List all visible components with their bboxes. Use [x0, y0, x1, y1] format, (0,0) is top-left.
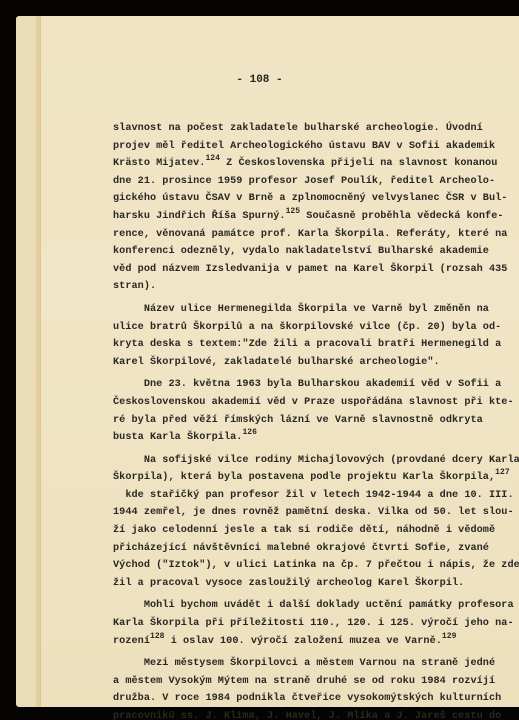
text-line: Dne 23. května 1963 byla Bulharskou akad…	[113, 376, 493, 394]
text-line: Mohli bychom uvádět i další doklady uctě…	[113, 597, 493, 615]
text-line: dne 21. prosince 1959 profesor Josef Pou…	[113, 173, 493, 191]
footnote-reference: 126	[242, 428, 257, 437]
text-line: ží jako celodenní jesle a tak si rodiče …	[113, 522, 493, 540]
paragraph: Dne 23. května 1963 byla Bulharskou akad…	[113, 376, 493, 446]
paragraph: slavnost na počest zakladatele bulharské…	[113, 120, 493, 296]
footnote-reference: 124	[205, 154, 220, 163]
text-line: pracovníků ss. J. Klíma, J. Havel, J. Ml…	[113, 708, 493, 720]
paragraph: Na sofijské vilce rodiny Michajlovových …	[113, 452, 493, 593]
text-line: přicházející návštěvníci malebné okrajov…	[113, 540, 493, 558]
page-number: - 108 -	[0, 74, 519, 86]
text-line: Československou akademií věd v Praze usp…	[113, 394, 493, 412]
footnote-reference: 128	[150, 632, 165, 641]
paragraph: Mohli bychom uvádět i další doklady uctě…	[113, 597, 493, 650]
document-body: slavnost na počest zakladatele bulharské…	[113, 120, 493, 720]
text-line: busta Karla Škorpila.126	[113, 429, 493, 447]
text-line: Mezi městysem Škorpilovci a městem Varno…	[113, 655, 493, 673]
text-line: Škorpila), která byla postavena podle pr…	[113, 469, 493, 487]
text-line: ulice bratrů Škorpilů a na škorpilovské …	[113, 319, 493, 337]
text-line: Název ulice Hermenegilda Škorpila ve Var…	[113, 301, 493, 319]
text-line: Na sofijské vilce rodiny Michajlovových …	[113, 452, 493, 470]
text-line: rence, věnovaná památce prof. Karla Škor…	[113, 226, 493, 244]
paragraph: Mezi městysem Škorpilovci a městem Varno…	[113, 655, 493, 720]
text-line: 1944 zemřel, je dnes rovněž pamětní desk…	[113, 504, 493, 522]
text-line: gického ústavu ČSAV v Brně a zplnomocněn…	[113, 190, 493, 208]
text-line: slavnost na počest zakladatele bulharské…	[113, 120, 493, 138]
text-line: věd pod názvem Izsledvanija v pamet na K…	[113, 261, 493, 279]
footnote-reference: 127	[495, 468, 510, 477]
text-line: ré byla před věží římských lázní ve Varn…	[113, 412, 493, 430]
text-line: a městem Vysokým Mýtem na straně druhé s…	[113, 673, 493, 691]
text-line: projev měl ředitel Archeologického ústav…	[113, 138, 493, 156]
text-line: Karla Škorpila při příležitosti 110., 12…	[113, 615, 493, 633]
text-line: Krästo Mijatev.124 Z Československa přij…	[113, 155, 493, 173]
footnote-reference: 125	[286, 207, 301, 216]
text-line: kde stařičký pan profesor žil v letech 1…	[113, 487, 493, 505]
text-line: harsku Jindřich Říša Spurný.125 Současně…	[113, 208, 493, 226]
text-line: stran).	[113, 278, 493, 296]
paragraph: Název ulice Hermenegilda Škorpila ve Var…	[113, 301, 493, 371]
footnote-reference: 129	[442, 632, 457, 641]
text-line: Karel Škorpilové, zakladatelé bulharské …	[113, 354, 493, 372]
text-line: kryta deska s textem:"Zde žili a pracova…	[113, 336, 493, 354]
text-line: konferenci odezněly, vydalo nakladatelst…	[113, 243, 493, 261]
text-line: Východ ("Iztok"), v ulici Latinka na čp.…	[113, 557, 493, 575]
text-line: družba. V roce 1984 podnikla čtveřice vy…	[113, 690, 493, 708]
text-line: rození128 i oslav 100. výročí založení m…	[113, 633, 493, 651]
text-line: žil a pracoval vysoce zasloužilý archeol…	[113, 575, 493, 593]
